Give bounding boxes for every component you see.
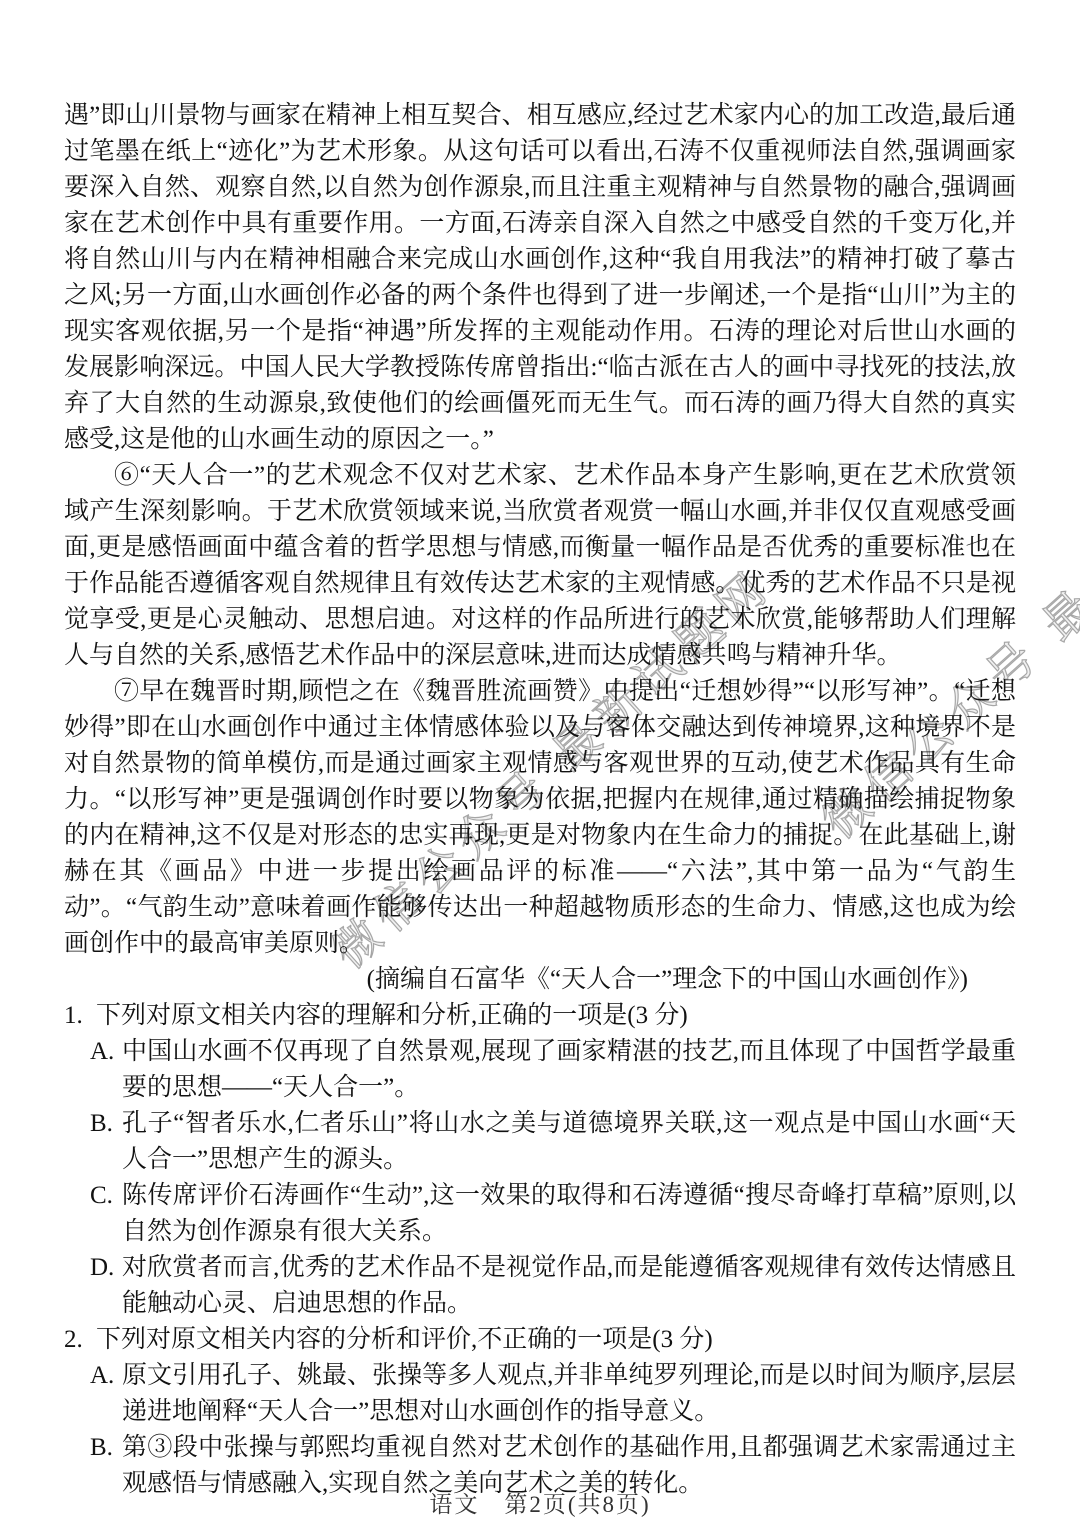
option-text: 陈传席评价石涛画作“生动”,这一效果的取得和石涛遵循“搜尽奇峰打草稿”原则,以自… (122, 1178, 1016, 1250)
option-text: 原文引用孔子、姚最、张操等多人观点,并非单纯罗列理论,而是以时间为顺序,层层递进… (122, 1358, 1016, 1430)
page-footer: 语文 第2页(共8页) (0, 1490, 1080, 1520)
question-2: 2. 下列对原文相关内容的分析和评价,不正确的一项是(3 分) A. 原文引用孔… (64, 1322, 1016, 1502)
option-text: 中国山水画不仅再现了自然景观,展现了画家精湛的技艺,而且体现了中国哲学最重要的思… (122, 1034, 1016, 1106)
passage-paragraph-7: ⑦早在魏晋时期,顾恺之在《魏晋胜流画赞》中提出“迁想妙得”“以形写神”。“迁想妙… (64, 674, 1016, 962)
option-text: 孔子“智者乐水,仁者乐山”将山水之美与道德境界关联,这一观点是中国山水画“天人合… (122, 1106, 1016, 1178)
option-label: A. (90, 1358, 122, 1430)
question-1-option-b: B. 孔子“智者乐水,仁者乐山”将山水之美与道德境界关联,这一观点是中国山水画“… (90, 1106, 1016, 1178)
question-1-option-a: A. 中国山水画不仅再现了自然景观,展现了画家精湛的技艺,而且体现了中国哲学最重… (90, 1034, 1016, 1106)
question-2-option-a: A. 原文引用孔子、姚最、张操等多人观点,并非单纯罗列理论,而是以时间为顺序,层… (90, 1358, 1016, 1430)
passage-paragraph-continuation: 遇”即山川景物与画家在精神上相互契合、相互感应,经过艺术家内心的加工改造,最后通… (64, 98, 1016, 458)
question-1-option-d: D. 对欣赏者而言,优秀的艺术作品不是视觉作品,而是能遵循客观规律有效传达情感且… (90, 1250, 1016, 1322)
question-stem-text: 下列对原文相关内容的分析和评价,不正确的一项是(3 分) (96, 1322, 1016, 1358)
option-label: B. (90, 1106, 122, 1178)
option-label: D. (90, 1250, 122, 1322)
option-text: 对欣赏者而言,优秀的艺术作品不是视觉作品,而是能遵循客观规律有效传达情感且能触动… (122, 1250, 1016, 1322)
question-1: 1. 下列对原文相关内容的理解和分析,正确的一项是(3 分) A. 中国山水画不… (64, 998, 1016, 1322)
passage-and-questions: 遇”即山川景物与画家在精神上相互契合、相互感应,经过艺术家内心的加工改造,最后通… (64, 98, 1016, 1502)
question-1-stem: 1. 下列对原文相关内容的理解和分析,正确的一项是(3 分) (64, 998, 1016, 1034)
question-number: 1. (64, 998, 96, 1034)
question-number: 2. (64, 1322, 96, 1358)
question-1-option-c: C. 陈传席评价石涛画作“生动”,这一效果的取得和石涛遵循“搜尽奇峰打草稿”原则… (90, 1178, 1016, 1250)
question-2-stem: 2. 下列对原文相关内容的分析和评价,不正确的一项是(3 分) (64, 1322, 1016, 1358)
option-label: C. (90, 1178, 122, 1250)
exam-page: 微信公众号 最新试题网 微信公众号 最新试题网 遇”即山川景物与画家在精神上相互… (0, 0, 1080, 1528)
option-label: A. (90, 1034, 122, 1106)
question-stem-text: 下列对原文相关内容的理解和分析,正确的一项是(3 分) (96, 998, 1016, 1034)
passage-attribution: (摘编自石富华《“天人合一”理念下的中国山水画创作》) (64, 962, 968, 998)
passage-paragraph-6: ⑥“天人合一”的艺术观念不仅对艺术家、艺术作品本身产生影响,更在艺术欣赏领域产生… (64, 458, 1016, 674)
